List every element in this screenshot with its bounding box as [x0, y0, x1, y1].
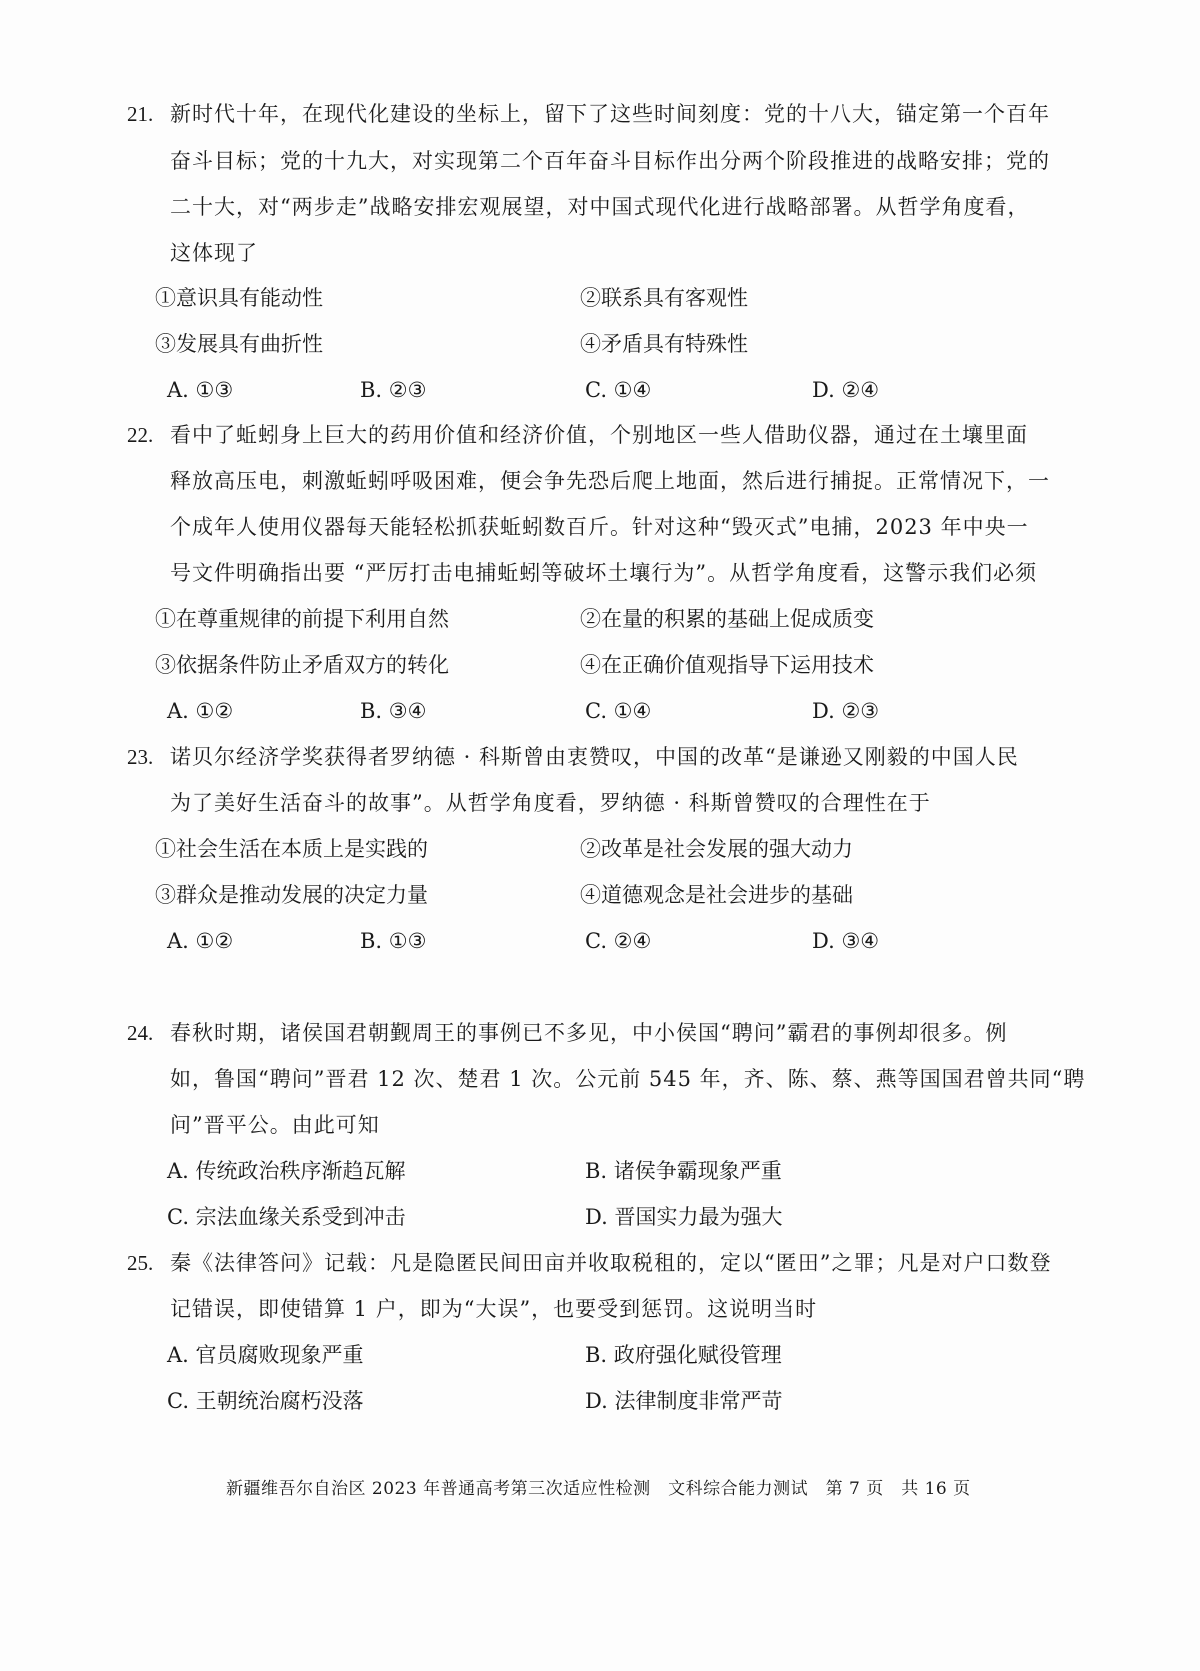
statement-4: ④在正确价值观指导下运用技术: [580, 650, 874, 680]
question-stem-line: 二十大，对“两步走”战略安排宏观展望，对中国式现代化进行战略部署。从哲学角度看，: [170, 192, 1029, 222]
question-stem-line: 号文件明确指出要 “严厉打击电捕蚯蚓等破坏土壤行为”。从哲学角度看，这警示我们必…: [170, 558, 1037, 588]
choice-c: C. 王朝统治腐朽没落: [167, 1386, 364, 1416]
question-stem-line: 新时代十年，在现代化建设的坐标上，留下了这些时间刻度：党的十八大，锚定第一个百年: [170, 99, 1050, 129]
question-number: 23.: [127, 742, 153, 772]
statement-3: ③群众是推动发展的决定力量: [155, 880, 428, 910]
choice-c: C. ①④: [585, 375, 651, 405]
choice-c: C. ②④: [585, 926, 651, 956]
choice-a: A. ①②: [167, 696, 233, 726]
choice-c: C. ①④: [585, 696, 651, 726]
choice-d: D. 法律制度非常严苛: [585, 1386, 782, 1416]
choice-a: A. ①③: [167, 375, 233, 405]
question-stem-line: 为了美好生活奋斗的故事”。从哲学角度看，罗纳德 · 科斯曾赞叹的合理性在于: [170, 788, 931, 818]
question-stem-line: 记错误，即使错算 1 户，即为“大误”，也要受到惩罚。这说明当时: [170, 1294, 817, 1324]
choice-b: B. ③④: [360, 696, 426, 726]
statement-4: ④道德观念是社会进步的基础: [580, 880, 853, 910]
question-number: 22.: [127, 420, 153, 450]
question-stem-line: 问”晋平公。由此可知: [170, 1110, 380, 1140]
question-number: 25.: [127, 1248, 153, 1278]
question-stem-line: 这体现了: [170, 238, 258, 268]
choice-d: D. ②④: [812, 375, 879, 405]
statement-3: ③依据条件防止矛盾双方的转化: [155, 650, 449, 680]
statement-2: ②联系具有客观性: [580, 283, 748, 313]
question-stem-line: 如，鲁国“聘问”晋君 12 次、楚君 1 次。公元前 545 年，齐、陈、蔡、燕…: [170, 1064, 1085, 1094]
choice-d: D. ②③: [812, 696, 879, 726]
choice-a: A. 传统政治秩序渐趋瓦解: [167, 1156, 406, 1186]
question-number: 21.: [127, 99, 153, 129]
statement-2: ②在量的积累的基础上促成质变: [580, 604, 874, 634]
statement-1: ①意识具有能动性: [155, 283, 323, 313]
question-stem-line: 个成年人使用仪器每天能轻松抓获蚯蚓数百斤。针对这种“毁灭式”电捕，2023 年中…: [170, 512, 1029, 542]
choice-b: B. ②③: [360, 375, 426, 405]
exam-page: 21. 新时代十年，在现代化建设的坐标上，留下了这些时间刻度：党的十八大，锚定第…: [0, 0, 1200, 1671]
page-footer: 新疆维吾尔自治区 2023 年普通高考第三次适应性检测 文科综合能力测试 第 7…: [226, 1477, 971, 1501]
choice-d: D. 晋国实力最为强大: [585, 1202, 782, 1232]
question-stem-line: 释放高压电，刺激蚯蚓呼吸困难，便会争先恐后爬上地面，然后进行捕捉。正常情况下，一: [170, 466, 1050, 496]
choice-b: B. ①③: [360, 926, 426, 956]
choice-c: C. 宗法血缘关系受到冲击: [167, 1202, 406, 1232]
choice-d: D. ③④: [812, 926, 879, 956]
question-number: 24.: [127, 1018, 153, 1048]
choice-a: A. 官员腐败现象严重: [167, 1340, 364, 1370]
choice-a: A. ①②: [167, 926, 233, 956]
statement-1: ①社会生活在本质上是实践的: [155, 834, 428, 864]
question-stem-line: 奋斗目标；党的十九大，对实现第二个百年奋斗目标作出分两个阶段推进的战略安排；党的: [170, 146, 1050, 176]
statement-3: ③发展具有曲折性: [155, 329, 323, 359]
question-stem-line: 看中了蚯蚓身上巨大的药用价值和经济价值，个别地区一些人借助仪器，通过在土壤里面: [170, 420, 1028, 450]
question-stem-line: 秦《法律答问》记载：凡是隐匿民间田亩并收取税租的，定以“匿田”之罪；凡是对户口数…: [170, 1248, 1051, 1278]
choice-b: B. 诸侯争霸现象严重: [585, 1156, 782, 1186]
question-stem-line: 春秋时期，诸侯国君朝觐周王的事例已不多见，中小侯国“聘问”霸君的事例却很多。例: [170, 1018, 1007, 1048]
statement-1: ①在尊重规律的前提下利用自然: [155, 604, 449, 634]
question-stem-line: 诺贝尔经济学奖获得者罗纳德 · 科斯曾由衷赞叹，中国的改革“是谦逊又刚毅的中国人…: [170, 742, 1019, 772]
choice-b: B. 政府强化赋役管理: [585, 1340, 782, 1370]
statement-4: ④矛盾具有特殊性: [580, 329, 748, 359]
statement-2: ②改革是社会发展的强大动力: [580, 834, 853, 864]
